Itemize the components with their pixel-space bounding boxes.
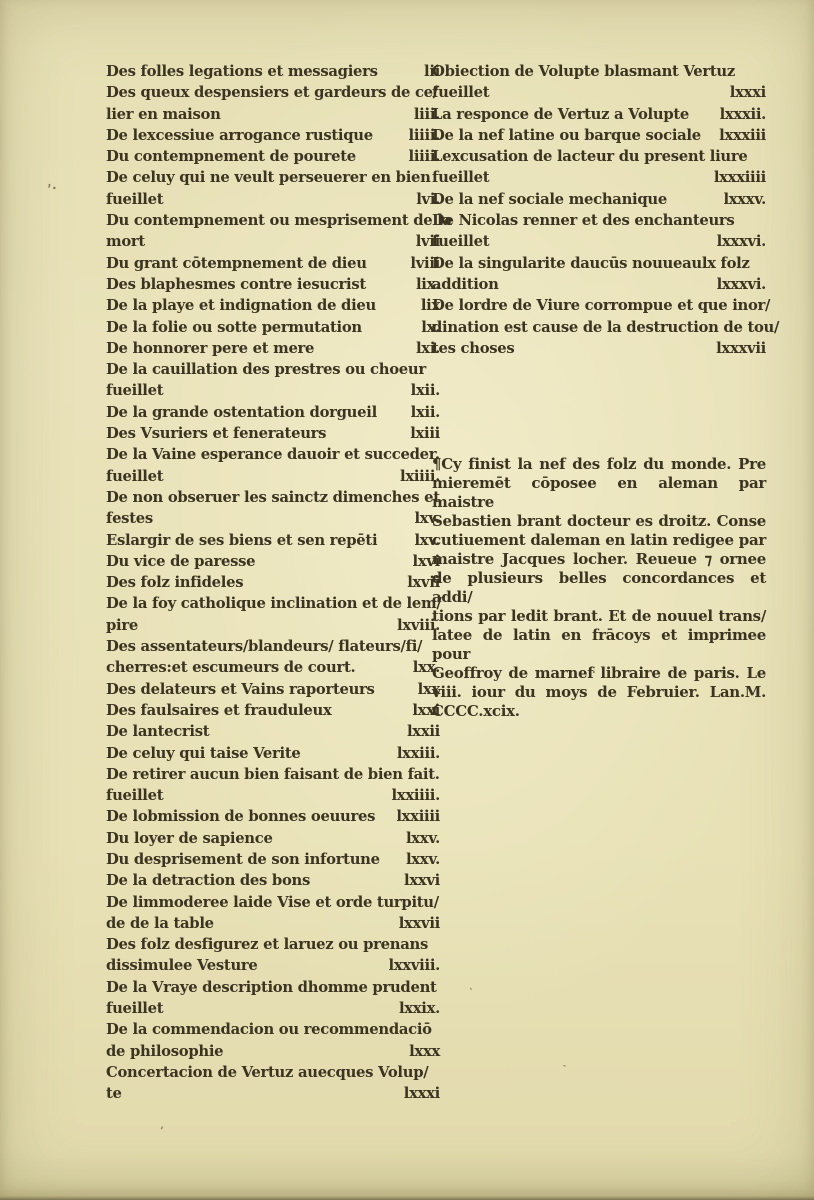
toc-entry-text: Du vice de paresse <box>106 551 255 572</box>
toc-entry-text: Des delateurs et Vains raporteurs <box>106 679 375 700</box>
toc-line: Du grant cōtempnement de dieulviii <box>106 253 440 274</box>
colophon-line: ¶Cy finist la nef des folz du monde. Pre <box>432 455 766 474</box>
toc-entry-text: Obiection de Volupte blasmant Vertuz <box>432 61 735 82</box>
toc-entry-text: De limmoderee laide Vise et orde turpitu… <box>106 892 439 913</box>
toc-line: Des queux despensiers et gardeurs de ce/ <box>106 82 440 103</box>
toc-entry-text: dissimulee Vesture <box>106 955 258 976</box>
colophon-line: Geoffroy de marnef libraire de paris. Le <box>432 664 766 683</box>
margin-ink-mark: ʼ <box>160 1126 163 1137</box>
toc-line: De la singularite daucūs nouueaulx folz <box>432 253 766 274</box>
toc-line: De honnorer pere et merelxi. <box>106 338 440 359</box>
toc-entry-text: Concertacion de Vertuz auecques Volup/ <box>106 1062 428 1083</box>
toc-line: De la foy catholique inclination et de l… <box>106 593 440 614</box>
toc-left-column: Des folles legations et messagiersliiDes… <box>106 61 440 1105</box>
toc-line: Des folz infideleslxvii <box>106 572 440 593</box>
folio-number: lxxxi <box>722 82 766 103</box>
folio-number: lxxviii. <box>381 955 440 976</box>
colophon-line: tions par ledit brant. Et de nouuel tran… <box>432 607 766 626</box>
folio-number: lxxv. <box>398 828 440 849</box>
toc-line: fueilletlxxiiii. <box>106 785 440 806</box>
folio-number: lxxxi <box>396 1083 440 1104</box>
toc-entry-text: fueillet <box>106 998 163 1019</box>
toc-line: Obiection de Volupte blasmant Vertuz <box>432 61 766 82</box>
folio-number: lxxxvi. <box>709 231 766 252</box>
toc-entry-text: de philosophie <box>106 1041 223 1062</box>
toc-line: fueilletlxii. <box>106 380 440 401</box>
toc-line: pirelxviii. <box>106 615 440 636</box>
toc-line: De la commendacion ou recommendaciō <box>106 1019 440 1040</box>
toc-line: Du desprisement de son infortunelxxv. <box>106 849 440 870</box>
margin-ink-mark: ˎ <box>557 1054 568 1069</box>
toc-entry-text: Eslargir de ses biens et sen repēti <box>106 530 377 551</box>
toc-entry-text: La responce de Vertuz a Volupte <box>432 104 689 125</box>
colophon-line: de plusieurs belles concordances et addi… <box>432 569 766 607</box>
toc-line: De la nef latine ou barque socialelxxxii… <box>432 125 766 146</box>
toc-line: Des delateurs et Vains raporteurslxx <box>106 679 440 700</box>
toc-entry-text: De la nef latine ou barque sociale <box>432 125 701 146</box>
toc-line: mortlvii <box>106 231 440 252</box>
toc-entry-text: fueillet <box>106 189 163 210</box>
toc-entry-text: De celuy qui ne veult perseuerer en bien <box>106 167 431 188</box>
toc-entry-text: De non obseruer les sainctz dimenches et <box>106 487 440 508</box>
toc-line: tes choseslxxxvii <box>432 338 766 359</box>
toc-line: Du vice de paresselxvi <box>106 551 440 572</box>
folio-number: lxxx <box>401 1041 440 1062</box>
colophon-line: CCCC.xcix. <box>432 702 766 721</box>
toc-entry-text: fueillet <box>106 380 163 401</box>
colophon-line: viii. iour du moys de Februier. Lan.M. <box>432 683 766 702</box>
toc-entry-text: De la Vaine esperance dauoir et succeder… <box>106 444 440 465</box>
toc-entry-text: Du desprisement de son infortune <box>106 849 380 870</box>
toc-entry-text: Des folz desfigurez et laruez ou prenans <box>106 934 428 955</box>
toc-line: Du loyer de sapiencelxxv. <box>106 828 440 849</box>
toc-entry-text: De retirer aucun bien faisant de bien fa… <box>106 764 440 785</box>
colophon-line: mieremēt cōposee en aleman par maistre <box>432 474 766 512</box>
toc-line: De la detraction des bonslxxvi <box>106 870 440 891</box>
toc-entry-text: Du contempnement de pourete <box>106 146 356 167</box>
toc-entry-text: De lordre de Viure corrompue et que inor… <box>432 295 770 316</box>
toc-line: festeslxv. <box>106 508 440 529</box>
toc-entry-text: cherres:et escumeurs de court. <box>106 657 355 678</box>
toc-entry-text: Du contempnement ou mesprisement de la <box>106 210 452 231</box>
colophon-line: Sebastien brant docteur es droitz. Conse <box>432 512 766 531</box>
toc-entry-text: fueillet <box>432 167 489 188</box>
toc-line: Des folz desfigurez et laruez ou prenans <box>106 934 440 955</box>
folio-number: lxxiii. <box>389 743 440 764</box>
toc-line: De lobmission de bonnes oeuureslxxiiii <box>106 806 440 827</box>
toc-line: Des folles legations et messagierslii <box>106 61 440 82</box>
toc-line: De Nicolas renner et des enchanteurs <box>432 210 766 231</box>
toc-entry-text: Du grant cōtempnement de dieu <box>106 253 367 274</box>
toc-line: De la nef sociale mechaniquelxxxv. <box>432 189 766 210</box>
toc-line: additionlxxxvi. <box>432 274 766 295</box>
toc-entry-text: de de la table <box>106 913 214 934</box>
toc-line: fueilletlxxxvi. <box>432 231 766 252</box>
toc-line: fueilletlxxxi <box>432 82 766 103</box>
toc-entry-text: te <box>106 1083 122 1104</box>
toc-line: Du contempnement ou mesprisement de la <box>106 210 440 231</box>
toc-entry-text: De lobmission de bonnes oeuures <box>106 806 375 827</box>
toc-line: De lantecristlxxii <box>106 721 440 742</box>
toc-entry-text: fueillet <box>432 82 489 103</box>
toc-line: Eslargir de ses biens et sen repētilxv. <box>106 530 440 551</box>
folio-number: lxxvi <box>396 870 440 891</box>
toc-entry-text: Des assentateurs/blandeurs/ flateurs/fi/ <box>106 636 422 657</box>
toc-entry-text: Lexcusation de lacteur du present liure <box>432 146 747 167</box>
folio-number: lxxxiii <box>711 125 766 146</box>
toc-entry-text: dination est cause de la destruction de … <box>432 317 779 338</box>
toc-entry-text: De la detraction des bons <box>106 870 310 891</box>
toc-line: De lordre de Viure corrompue et que inor… <box>432 295 766 316</box>
toc-line: De non obseruer les sainctz dimenches et <box>106 487 440 508</box>
folio-number: lxxii <box>399 721 440 742</box>
toc-entry-text: De la foy catholique inclination et de l… <box>106 593 441 614</box>
toc-entry-text: Des folz infideles <box>106 572 243 593</box>
toc-entry-text: De la nef sociale mechanique <box>432 189 667 210</box>
toc-line: De la Vaine esperance dauoir et succeder… <box>106 444 440 465</box>
toc-line: De lexcessiue arrogance rustiqueliiii. <box>106 125 440 146</box>
toc-entry-text: De la folie ou sotte permutation <box>106 317 362 338</box>
toc-entry-text: Des folles legations et messagiers <box>106 61 378 82</box>
toc-line: Des blaphesmes contre iesucristlix. <box>106 274 440 295</box>
folio-number: lxxxvi. <box>709 274 766 295</box>
colophon-line: maistre Jacques locher. Reueue ⁊ ornee <box>432 550 766 569</box>
toc-entry-text: De celuy qui taise Verite <box>106 743 300 764</box>
folio-number: lxxxv. <box>715 189 766 210</box>
toc-entry-text: fueillet <box>106 785 163 806</box>
toc-line: De la grande ostentation dorgueillxii. <box>106 402 440 423</box>
toc-line: lier en maisonliii. <box>106 104 440 125</box>
toc-line: De retirer aucun bien faisant de bien fa… <box>106 764 440 785</box>
toc-entry-text: Des faulsaires et frauduleux <box>106 700 332 721</box>
toc-entry-text: De la singularite daucūs nouueaulx folz <box>432 253 750 274</box>
toc-line: De celuy qui ne veult perseuerer en bien <box>106 167 440 188</box>
toc-entry-text: Des Vsuriers et fenerateurs <box>106 423 326 444</box>
toc-entry-text: De la grande ostentation dorgueil <box>106 402 377 423</box>
toc-line: de philosophielxxx <box>106 1041 440 1062</box>
folio-number: lxxiiii. <box>383 785 440 806</box>
toc-entry-text: De la commendacion ou recommendaciō <box>106 1019 432 1040</box>
toc-line: De limmoderee laide Vise et orde turpitu… <box>106 892 440 913</box>
toc-entry-text: Des queux despensiers et gardeurs de ce/ <box>106 82 438 103</box>
toc-line: dissimulee Vesturelxxviii. <box>106 955 440 976</box>
toc-entry-text: addition <box>432 274 499 295</box>
margin-ink-mark: ʼ· <box>46 181 59 198</box>
toc-right-entries: Obiection de Volupte blasmant Vertuzfuei… <box>432 61 766 359</box>
toc-line: cherres:et escumeurs de court.lxx. <box>106 657 440 678</box>
toc-entry-text: De la Vraye description dhomme prudent <box>106 977 437 998</box>
toc-line: Des faulsaires et frauduleuxlxxi <box>106 700 440 721</box>
folio-number: lxxv. <box>398 849 440 870</box>
toc-entry-text: Du loyer de sapience <box>106 828 273 849</box>
toc-line: fueilletlxxix. <box>106 998 440 1019</box>
toc-line: De celuy qui taise Veritelxxiii. <box>106 743 440 764</box>
folio-number: lxxxiiii <box>706 167 766 188</box>
toc-line: fueilletlxxxiiii <box>432 167 766 188</box>
toc-line: De la folie ou sotte permutationlx. <box>106 317 440 338</box>
folio-number: lxxxvii <box>708 338 766 359</box>
toc-entry-text: mort <box>106 231 145 252</box>
toc-entry-text: De honnorer pere et mere <box>106 338 314 359</box>
toc-line: de de la tablelxxvii <box>106 913 440 934</box>
scanned-book-page: Des folles legations et messagiersliiDes… <box>0 0 814 1200</box>
toc-entry-text: fueillet <box>432 231 489 252</box>
toc-entry-text: De lexcessiue arrogance rustique <box>106 125 373 146</box>
toc-line: Du contempnement de poureteliiii. <box>106 146 440 167</box>
toc-entry-text: De Nicolas renner et des enchanteurs <box>432 210 734 231</box>
margin-ink-mark: ˋ <box>467 988 474 1000</box>
toc-entry-text: fueillet <box>106 466 163 487</box>
toc-entry-text: pire <box>106 615 138 636</box>
toc-entry-text: festes <box>106 508 153 529</box>
folio-number: lxxvii <box>391 913 440 934</box>
toc-line: Des assentateurs/blandeurs/ flateurs/fi/ <box>106 636 440 657</box>
toc-line: fueilletlvi. <box>106 189 440 210</box>
colophon-paragraph: ¶Cy finist la nef des folz du monde. Pre… <box>432 455 766 721</box>
toc-line: dination est cause de la destruction de … <box>432 317 766 338</box>
toc-line: La responce de Vertuz a Voluptelxxxii. <box>432 104 766 125</box>
toc-entry-text: Des blaphesmes contre iesucrist <box>106 274 366 295</box>
toc-line: De la playe et indignation de dieulix <box>106 295 440 316</box>
toc-line: telxxxi <box>106 1083 440 1104</box>
toc-entry-text: De la cauillation des prestres ou choeur <box>106 359 426 380</box>
toc-right-column: Obiection de Volupte blasmant Vertuzfuei… <box>432 61 766 721</box>
toc-line: De la Vraye description dhomme prudent <box>106 977 440 998</box>
folio-number: lxxiiii <box>388 806 440 827</box>
toc-line: fueilletlxiiii. <box>106 466 440 487</box>
folio-number: lxxxii. <box>712 104 766 125</box>
colophon-line: latee de latin en frācoys et imprimee po… <box>432 626 766 664</box>
toc-entry-text: De la playe et indignation de dieu <box>106 295 376 316</box>
toc-line: Lexcusation de lacteur du present liure <box>432 146 766 167</box>
toc-entry-text: lier en maison <box>106 104 221 125</box>
toc-line: De la cauillation des prestres ou choeur <box>106 359 440 380</box>
toc-entry-text: tes choses <box>432 338 514 359</box>
toc-line: Concertacion de Vertuz auecques Volup/ <box>106 1062 440 1083</box>
folio-number: lxxix. <box>391 998 440 1019</box>
toc-entry-text: De lantecrist <box>106 721 209 742</box>
colophon-line: cutiuement daleman en latin redigee par <box>432 531 766 550</box>
toc-line: Des Vsuriers et fenerateurslxiii <box>106 423 440 444</box>
